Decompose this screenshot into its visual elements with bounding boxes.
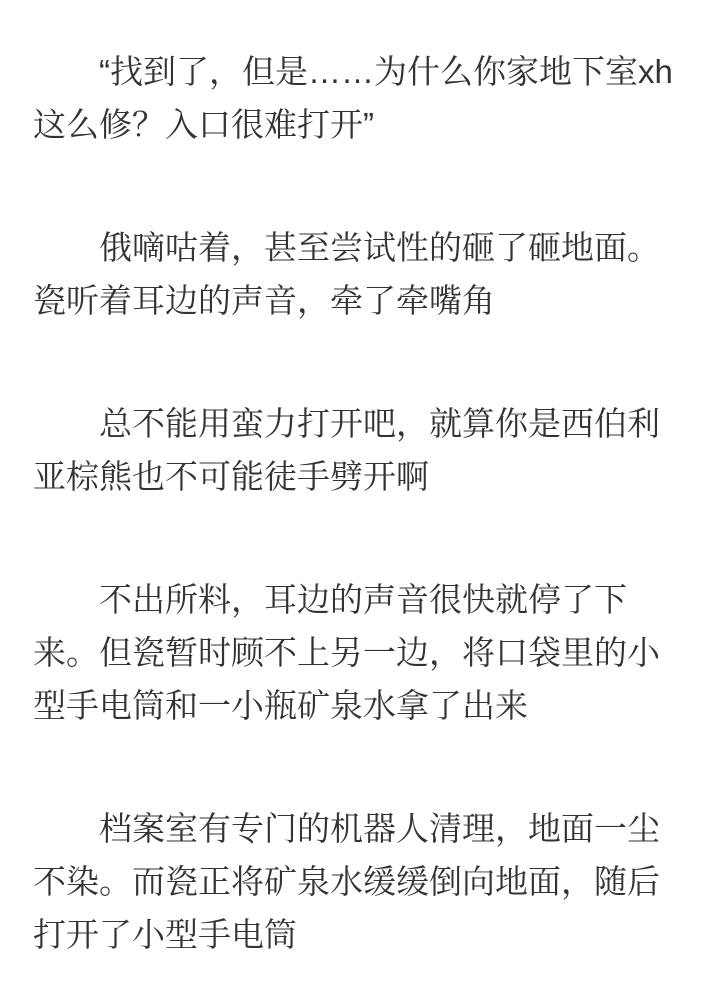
paragraph-1: “找到了，但是……为什么你家地下室xh这么修？入口很难打开” [33, 45, 684, 151]
reader-page: “找到了，但是……为什么你家地下室xh这么修？入口很难打开” 俄嘀咕着，甚至尝试… [0, 0, 715, 1005]
paragraph-4: 不出所料，耳边的声音很快就停了下来。但瓷暂时顾不上另一边，将口袋里的小型手电筒和… [33, 573, 684, 732]
paragraph-5: 档案室有专门的机器人清理，地面一尘不染。而瓷正将矿泉水缓缓倒向地面，随后打开了小… [33, 802, 684, 961]
paragraph-3: 总不能用蛮力打开吧，就算你是西伯利亚棕熊也不可能徒手劈开啊 [33, 397, 684, 503]
paragraph-2: 俄嘀咕着，甚至尝试性的砸了砸地面。瓷听着耳边的声音，牵了牵嘴角 [33, 221, 684, 327]
